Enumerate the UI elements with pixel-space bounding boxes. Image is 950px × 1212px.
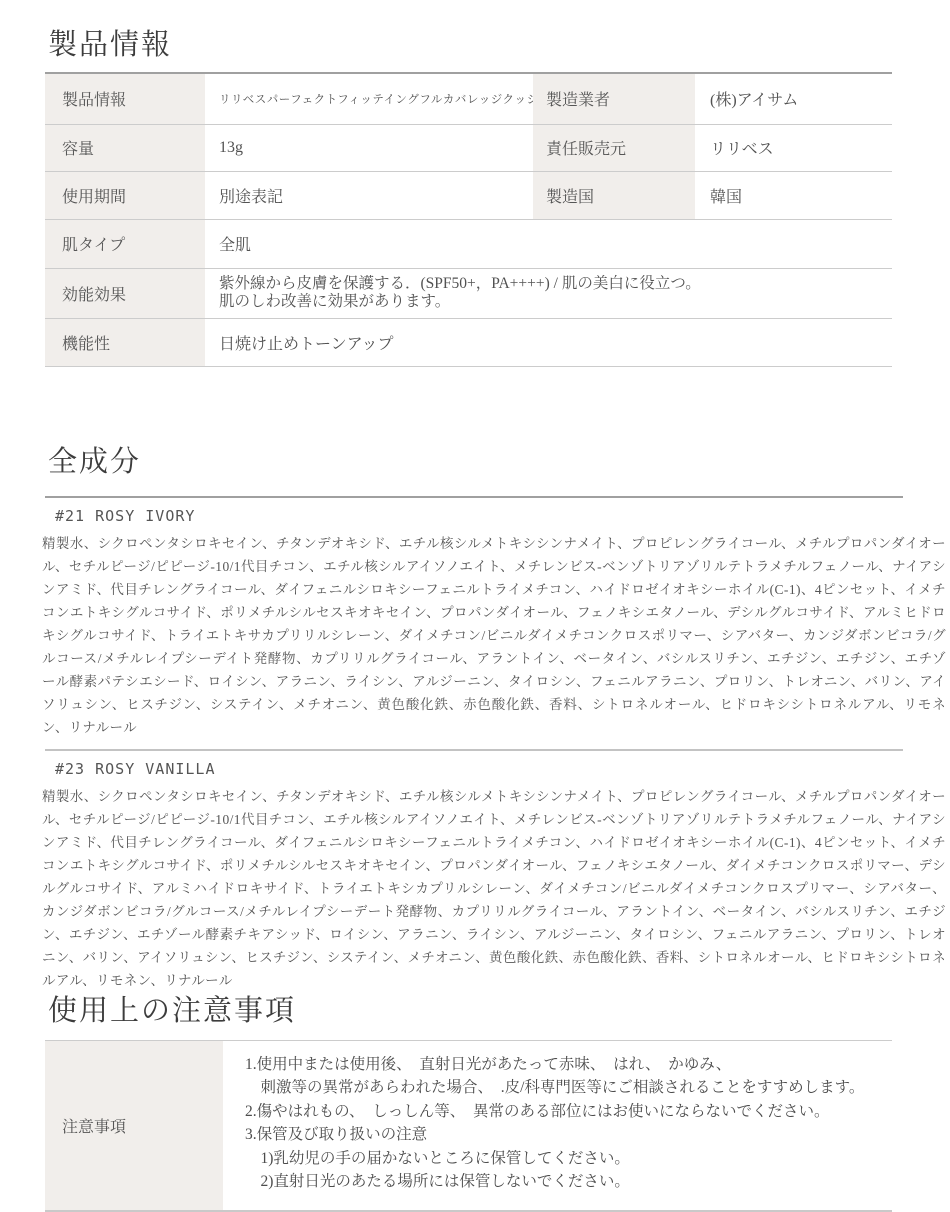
label-skin-type: 肌タイプ <box>45 219 205 268</box>
value-country-of-origin: 韓国 <box>695 171 892 219</box>
precaution-line-4: 3.保管及び取り扱いの注意 <box>245 1123 884 1147</box>
value-product-name: リリベスパーフェクトフィッテイングフルカバレッジクッション <box>205 73 533 124</box>
label-country-of-origin: 製造国 <box>533 171 695 219</box>
label-manufacturer: 製造業者 <box>533 73 695 124</box>
shade-21-ingredient-list: 精製水、シクロペンタシロキセイン、チタンデオキシド、エチル核シルメトキシシンナメ… <box>42 532 946 739</box>
label-product-name: 製品情報 <box>45 73 205 124</box>
precaution-line-5: 1)乳幼児の手の届かないところに保管してください。 <box>245 1147 884 1171</box>
value-volume: 13g <box>205 124 533 171</box>
label-volume: 容量 <box>45 124 205 171</box>
shade-23-ingredient-list: 精製水、シクロペンタシロキセイン、チタンデオキシド、エチル核シルメトキシシンナメ… <box>42 785 946 992</box>
precaution-line-6: 2)直射日光のあたる場所には保管しないでください。 <box>245 1170 884 1194</box>
shade-21-heading: #21 ROSY IVORY <box>45 498 950 526</box>
label-usage-period: 使用期間 <box>45 171 205 219</box>
table-row: 肌タイプ 全肌 <box>45 219 892 268</box>
label-precautions: 注意事項 <box>45 1040 223 1211</box>
value-functionality: 日焼け止めトーンアップ <box>205 318 892 366</box>
caution-table: 注意事項 1.使用中または使用後、 直射日光があたって赤味、 はれ、 かゆみ、 … <box>45 1040 892 1212</box>
shade-23-heading: #23 ROSY VANILLA <box>45 751 950 779</box>
caution-section-title: 使用上の注意事項 <box>48 994 950 1028</box>
product-info-table: 製品情報 リリベスパーフェクトフィッテイングフルカバレッジクッション 製造業者 … <box>45 72 892 367</box>
precautions-content: 1.使用中または使用後、 直射日光があたって赤味、 はれ、 かゆみ、 刺激等の異… <box>223 1040 892 1211</box>
efficacy-line-2: 肌のしわ改善に効果があります。 <box>219 293 891 311</box>
product-info-section-title: 製品情報 <box>48 28 950 62</box>
table-row: 使用期間 別途表記 製造国 韓国 <box>45 171 892 219</box>
table-row: 容量 13g 責任販売元 リリベス <box>45 124 892 171</box>
efficacy-line-1: 紫外線から皮膚を保護する．(SPF50+，PA++++) / 肌の美白に役立つ。 <box>219 275 891 293</box>
label-functionality: 機能性 <box>45 318 205 366</box>
precaution-line-3: 2.傷やはれもの、 しっしん等、 異常のある部位にはお使いにならないでください。 <box>245 1100 884 1124</box>
value-efficacy: 紫外線から皮膚を保護する．(SPF50+，PA++++) / 肌の美白に役立つ。… <box>205 268 892 318</box>
table-row: 効能効果 紫外線から皮膚を保護する．(SPF50+，PA++++) / 肌の美白… <box>45 268 892 318</box>
table-row: 注意事項 1.使用中または使用後、 直射日光があたって赤味、 はれ、 かゆみ、 … <box>45 1040 892 1211</box>
table-row: 製品情報 リリベスパーフェクトフィッテイングフルカバレッジクッション 製造業者 … <box>45 73 892 124</box>
value-responsible-seller: リリベス <box>695 124 892 171</box>
value-manufacturer: (株)アイサム <box>695 73 892 124</box>
value-usage-period: 別途表記 <box>205 171 533 219</box>
table-row: 機能性 日焼け止めトーンアップ <box>45 318 892 366</box>
value-skin-type: 全肌 <box>205 219 892 268</box>
label-responsible-seller: 責任販売元 <box>533 124 695 171</box>
precaution-line-1: 1.使用中または使用後、 直射日光があたって赤味、 はれ、 かゆみ、 <box>245 1053 884 1077</box>
label-efficacy: 効能効果 <box>45 268 205 318</box>
precaution-line-2: 刺激等の異常があらわれた場合、 .皮/科専門医等にご相談されることをすすめします… <box>245 1076 884 1100</box>
ingredients-section-title: 全成分 <box>48 445 950 479</box>
